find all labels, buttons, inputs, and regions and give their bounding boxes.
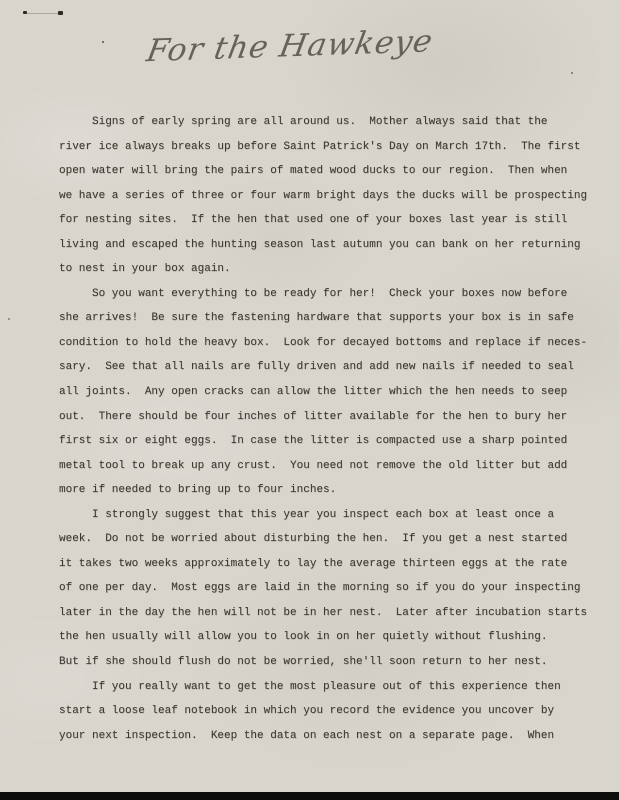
typed-line: for nesting sites. If the hen that used … <box>59 208 604 233</box>
typed-line: week. Do not be worried about disturbing… <box>59 527 604 552</box>
typed-line: river ice always breaks up before Saint … <box>59 135 604 160</box>
typed-line: we have a series of three or four warm b… <box>59 184 604 209</box>
typed-line: But if she should flush do not be worrie… <box>59 650 604 675</box>
typed-line: I strongly suggest that this year you in… <box>59 503 604 528</box>
typed-line: metal tool to break up any crust. You ne… <box>59 454 604 479</box>
typed-line: Signs of early spring are all around us.… <box>59 110 604 135</box>
ink-speck <box>8 318 10 320</box>
scan-edge-bar <box>0 792 619 800</box>
typed-line: first six or eight eggs. In case the lit… <box>59 429 604 454</box>
handwritten-title: For the Hawkeye <box>144 23 452 69</box>
typed-line: the hen usually will allow you to look i… <box>59 625 604 650</box>
typed-line: sary. See that all nails are fully drive… <box>59 355 604 380</box>
typed-line: So you want everything to be ready for h… <box>59 282 604 307</box>
typed-line: all joints. Any open cracks can allow th… <box>59 380 604 405</box>
typed-line: your next inspection. Keep the data on e… <box>59 724 604 749</box>
typed-body: Signs of early spring are all around us.… <box>59 110 604 748</box>
ink-speck <box>102 41 104 43</box>
typed-line: If you really want to get the most pleas… <box>59 675 604 700</box>
ink-speck <box>58 11 63 15</box>
typed-line: she arrives! Be sure the fastening hardw… <box>59 306 604 331</box>
typed-line: open water will bring the pairs of mated… <box>59 159 604 184</box>
document-page: For the Hawkeye Signs of early spring ar… <box>0 0 619 800</box>
typed-line: living and escaped the hunting season la… <box>59 233 604 258</box>
scratch-mark <box>27 13 58 14</box>
typed-line: later in the day the hen will not be in … <box>59 601 604 626</box>
typed-line: condition to hold the heavy box. Look fo… <box>59 331 604 356</box>
ink-speck <box>571 72 573 74</box>
typed-line: start a loose leaf notebook in which you… <box>59 699 604 724</box>
typed-line: out. There should be four inches of litt… <box>59 405 604 430</box>
typed-line: to nest in your box again. <box>59 257 604 282</box>
typed-line: more if needed to bring up to four inche… <box>59 478 604 503</box>
typed-line: it takes two weeks approximately to lay … <box>59 552 604 577</box>
typed-line: of one per day. Most eggs are laid in th… <box>59 576 604 601</box>
